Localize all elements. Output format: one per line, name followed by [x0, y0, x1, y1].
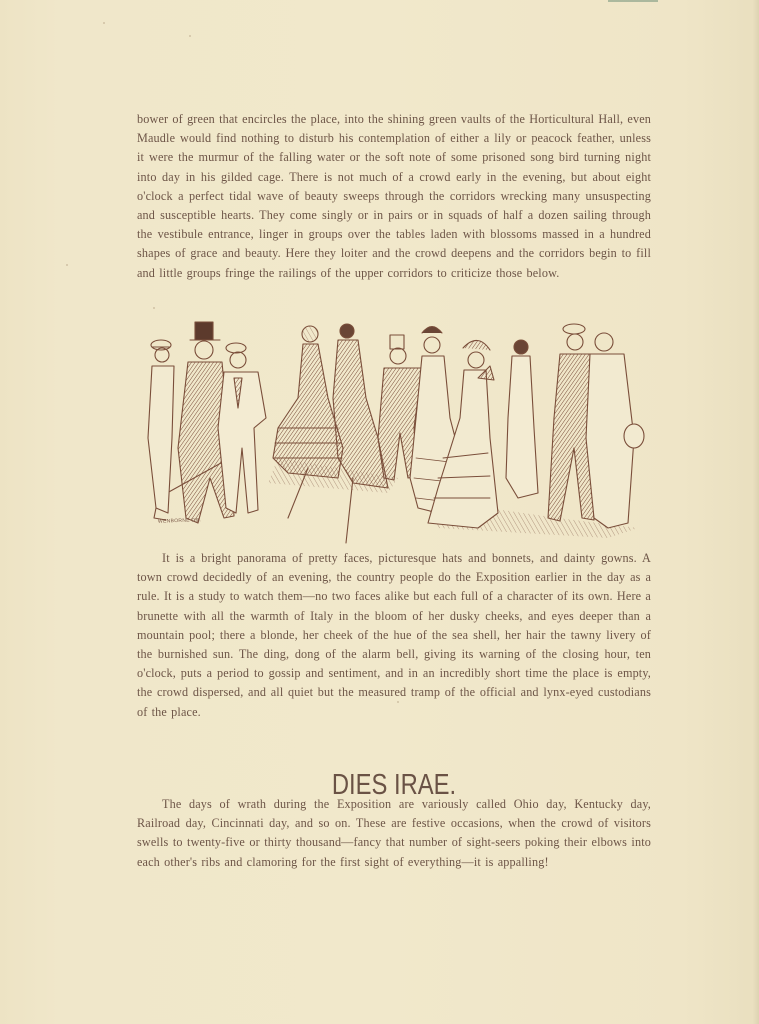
- paragraph-days-of-wrath: The days of wrath during the Exposition …: [137, 795, 651, 872]
- paper-speck: [189, 35, 191, 37]
- paragraph-horticultural-hall: bower of green that encircles the place,…: [137, 110, 651, 283]
- paragraph-text: It is a bright panorama of pretty faces,…: [137, 549, 651, 722]
- crowd-illustration: [138, 318, 654, 546]
- paper-speck: [103, 22, 105, 24]
- paper-speck: [66, 264, 68, 266]
- page-edge-shadow: [753, 0, 759, 1024]
- crowd-sketch-svg: [138, 318, 654, 546]
- paragraph-text: bower of green that encircles the place,…: [137, 110, 651, 283]
- scan-edge-mark: [608, 0, 658, 2]
- paragraph-text: The days of wrath during the Exposition …: [137, 795, 651, 872]
- paper-speck: [153, 307, 155, 309]
- paragraph-panorama: It is a bright panorama of pretty faces,…: [137, 549, 651, 722]
